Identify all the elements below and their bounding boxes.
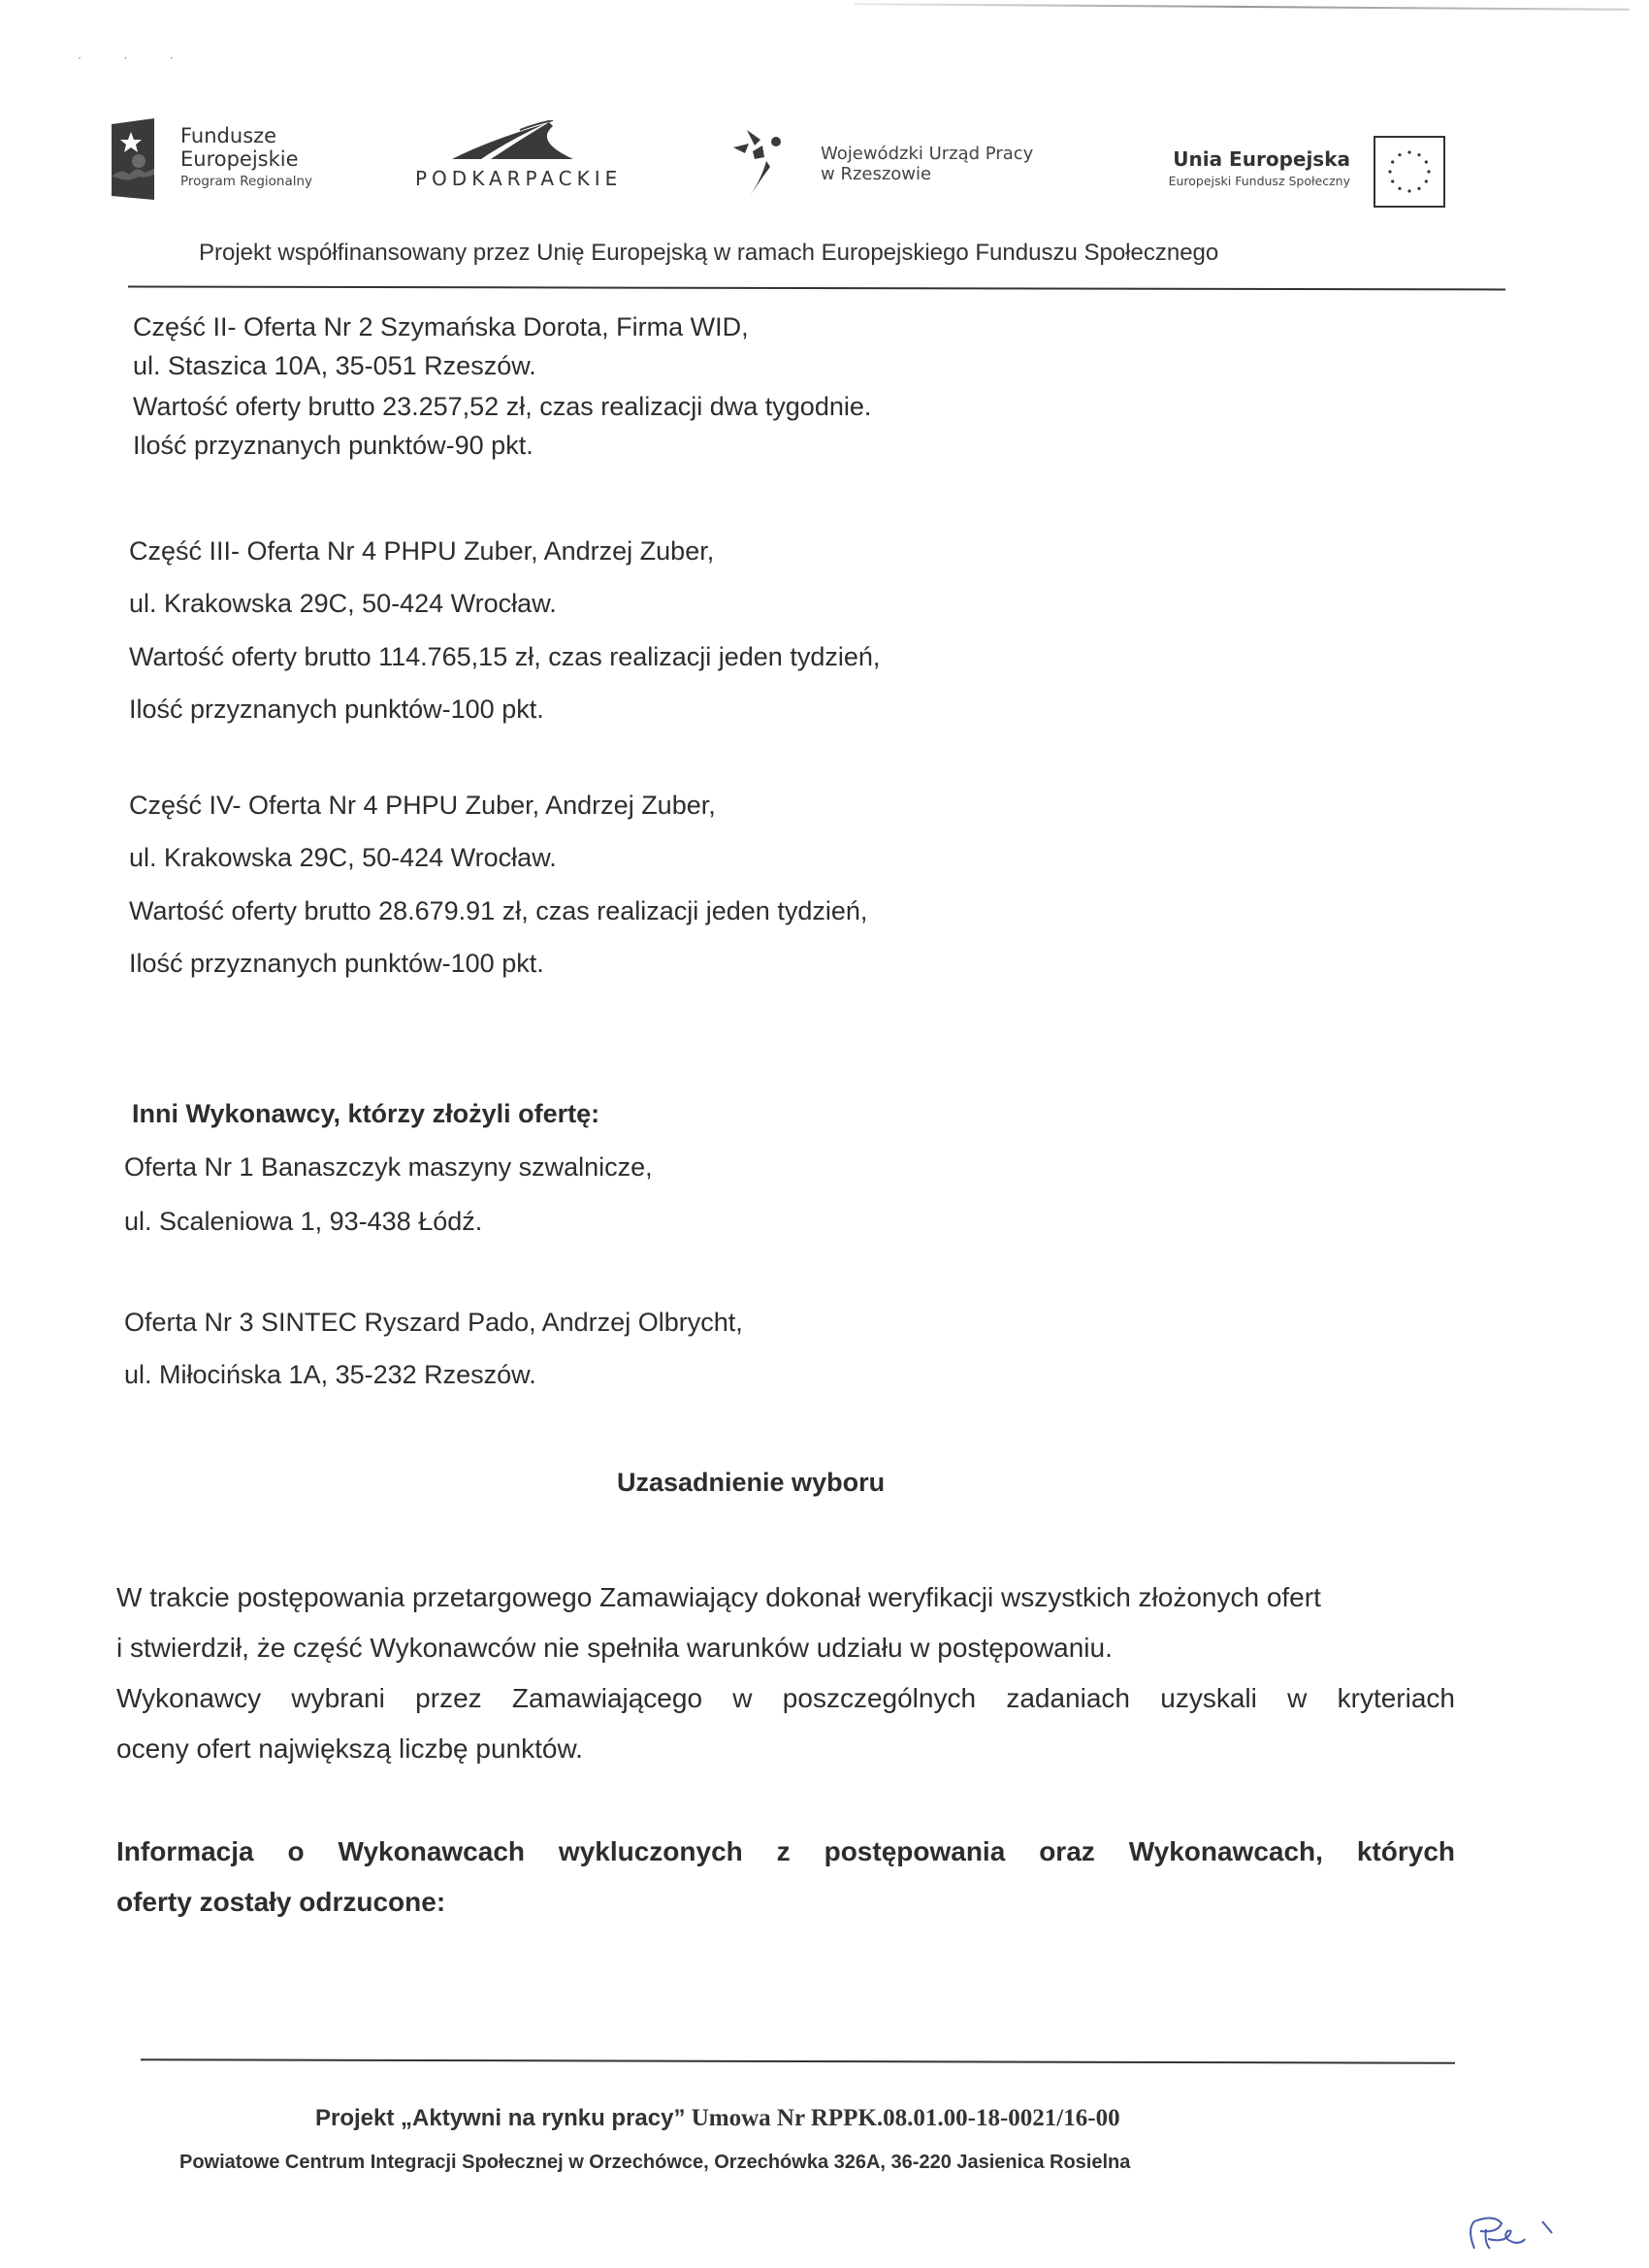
other-bidder-1-line1: Oferta Nr 1 Banaszczyk maszyny szwalnicz… — [124, 1152, 653, 1183]
fundusze-europejskie-text: Fundusze Europejskie Program Regionalny — [180, 124, 312, 189]
offer-part4-line2: ul. Krakowska 29C, 50-424 Wrocław. — [129, 843, 557, 873]
ue-title: Unia Europejska — [1169, 147, 1350, 171]
excluded-info-line2: oferty zostały odrzucone: — [116, 1887, 445, 1918]
handwritten-signature-icon — [1465, 2210, 1581, 2258]
header-logos: Fundusze Europejskie Program Regionalny … — [0, 107, 1649, 213]
wup-line1: Wojewódzki Urząd Pracy — [821, 144, 1033, 164]
offer-part2-line1: Część II- Oferta Nr 2 Szymańska Dorota, … — [133, 312, 749, 342]
footer-address: Powiatowe Centrum Integracji Społecznej … — [179, 2152, 1130, 2174]
fundusze-title-line1: Fundusze — [180, 124, 312, 147]
fundusze-subtitle: Program Regionalny — [180, 174, 312, 189]
offer-part4-line1: Część IV- Oferta Nr 4 PHPU Zuber, Andrze… — [129, 791, 716, 821]
fundusze-title-line2: Europejskie — [180, 147, 312, 171]
scan-specks: · · · — [78, 50, 193, 64]
scan-artifact-line — [854, 3, 1630, 11]
podkarpackie-name: PODKARPACKIE — [415, 167, 609, 190]
wup-text: Wojewódzki Urząd Pracy w Rzeszowie — [821, 144, 1033, 184]
excluded-info-line1: Informacja o Wykonawcach wykluczonych z … — [116, 1836, 1455, 1867]
other-bidders-heading: Inni Wykonawcy, którzy złożyli ofertę: — [132, 1099, 599, 1129]
offer-part3-line2: ul. Krakowska 29C, 50-424 Wrocław. — [129, 589, 557, 619]
fundusze-europejskie-logo-icon — [110, 118, 156, 200]
ue-subtitle: Europejski Fundusz Społeczny — [1169, 174, 1350, 188]
footer-divider — [141, 2058, 1455, 2064]
offer-part3-line4: Ilość przyznanych punktów-100 pkt. — [129, 695, 544, 725]
offer-part2-line3: Wartość oferty brutto 23.257,52 zł, czas… — [133, 392, 871, 422]
offer-part2-line2: ul. Staszica 10A, 35-051 Rzeszów. — [133, 351, 536, 381]
podkarpackie-logo: PODKARPACKIE — [415, 120, 609, 190]
podkarpackie-swoosh-icon — [452, 120, 578, 161]
offer-part3-line3: Wartość oferty brutto 114.765,15 zł, cza… — [129, 642, 880, 672]
footer-project-name: Projekt „Aktywni na rynku pracy” — [315, 2105, 685, 2131]
justification-line2: i stwierdził, że część Wykonawców nie sp… — [116, 1633, 1113, 1664]
justification-line4: oceny ofert największą liczbę punktów. — [116, 1733, 583, 1765]
eu-flag-icon — [1374, 136, 1445, 208]
wup-line2: w Rzeszowie — [821, 164, 1033, 184]
wup-logo-icon — [731, 128, 799, 200]
footer-project-line: Projekt „Aktywni na rynku pracy” Umowa N… — [315, 2105, 1120, 2132]
other-bidder-2-line2: ul. Miłocińska 1A, 35-232 Rzeszów. — [124, 1360, 536, 1390]
offer-part4-line3: Wartość oferty brutto 28.679.91 zł, czas… — [129, 896, 867, 926]
justification-heading: Uzasadnienie wyboru — [617, 1468, 885, 1498]
offer-part3-line1: Część III- Oferta Nr 4 PHPU Zuber, Andrz… — [129, 536, 714, 567]
other-bidder-1-line2: ul. Scaleniowa 1, 93-438 Łódź. — [124, 1207, 482, 1237]
footer-agreement-number: Umowa Nr RPPK.08.01.00-18-0021/16-00 — [685, 2105, 1119, 2131]
justification-line3: Wykonawcy wybrani przez Zamawiającego w … — [116, 1683, 1455, 1714]
justification-line1: W trakcie postępowania przetargowego Zam… — [116, 1582, 1321, 1613]
header-divider — [128, 286, 1505, 291]
other-bidder-2-line1: Oferta Nr 3 SINTEC Ryszard Pado, Andrzej… — [124, 1308, 743, 1338]
offer-part2-line4: Ilość przyznanych punktów-90 pkt. — [133, 431, 533, 461]
ue-text: Unia Europejska Europejski Fundusz Społe… — [1169, 147, 1350, 188]
offer-part4-line4: Ilość przyznanych punktów-100 pkt. — [129, 949, 544, 979]
cofinancing-statement: Projekt współfinansowany przez Unię Euro… — [199, 240, 1218, 267]
